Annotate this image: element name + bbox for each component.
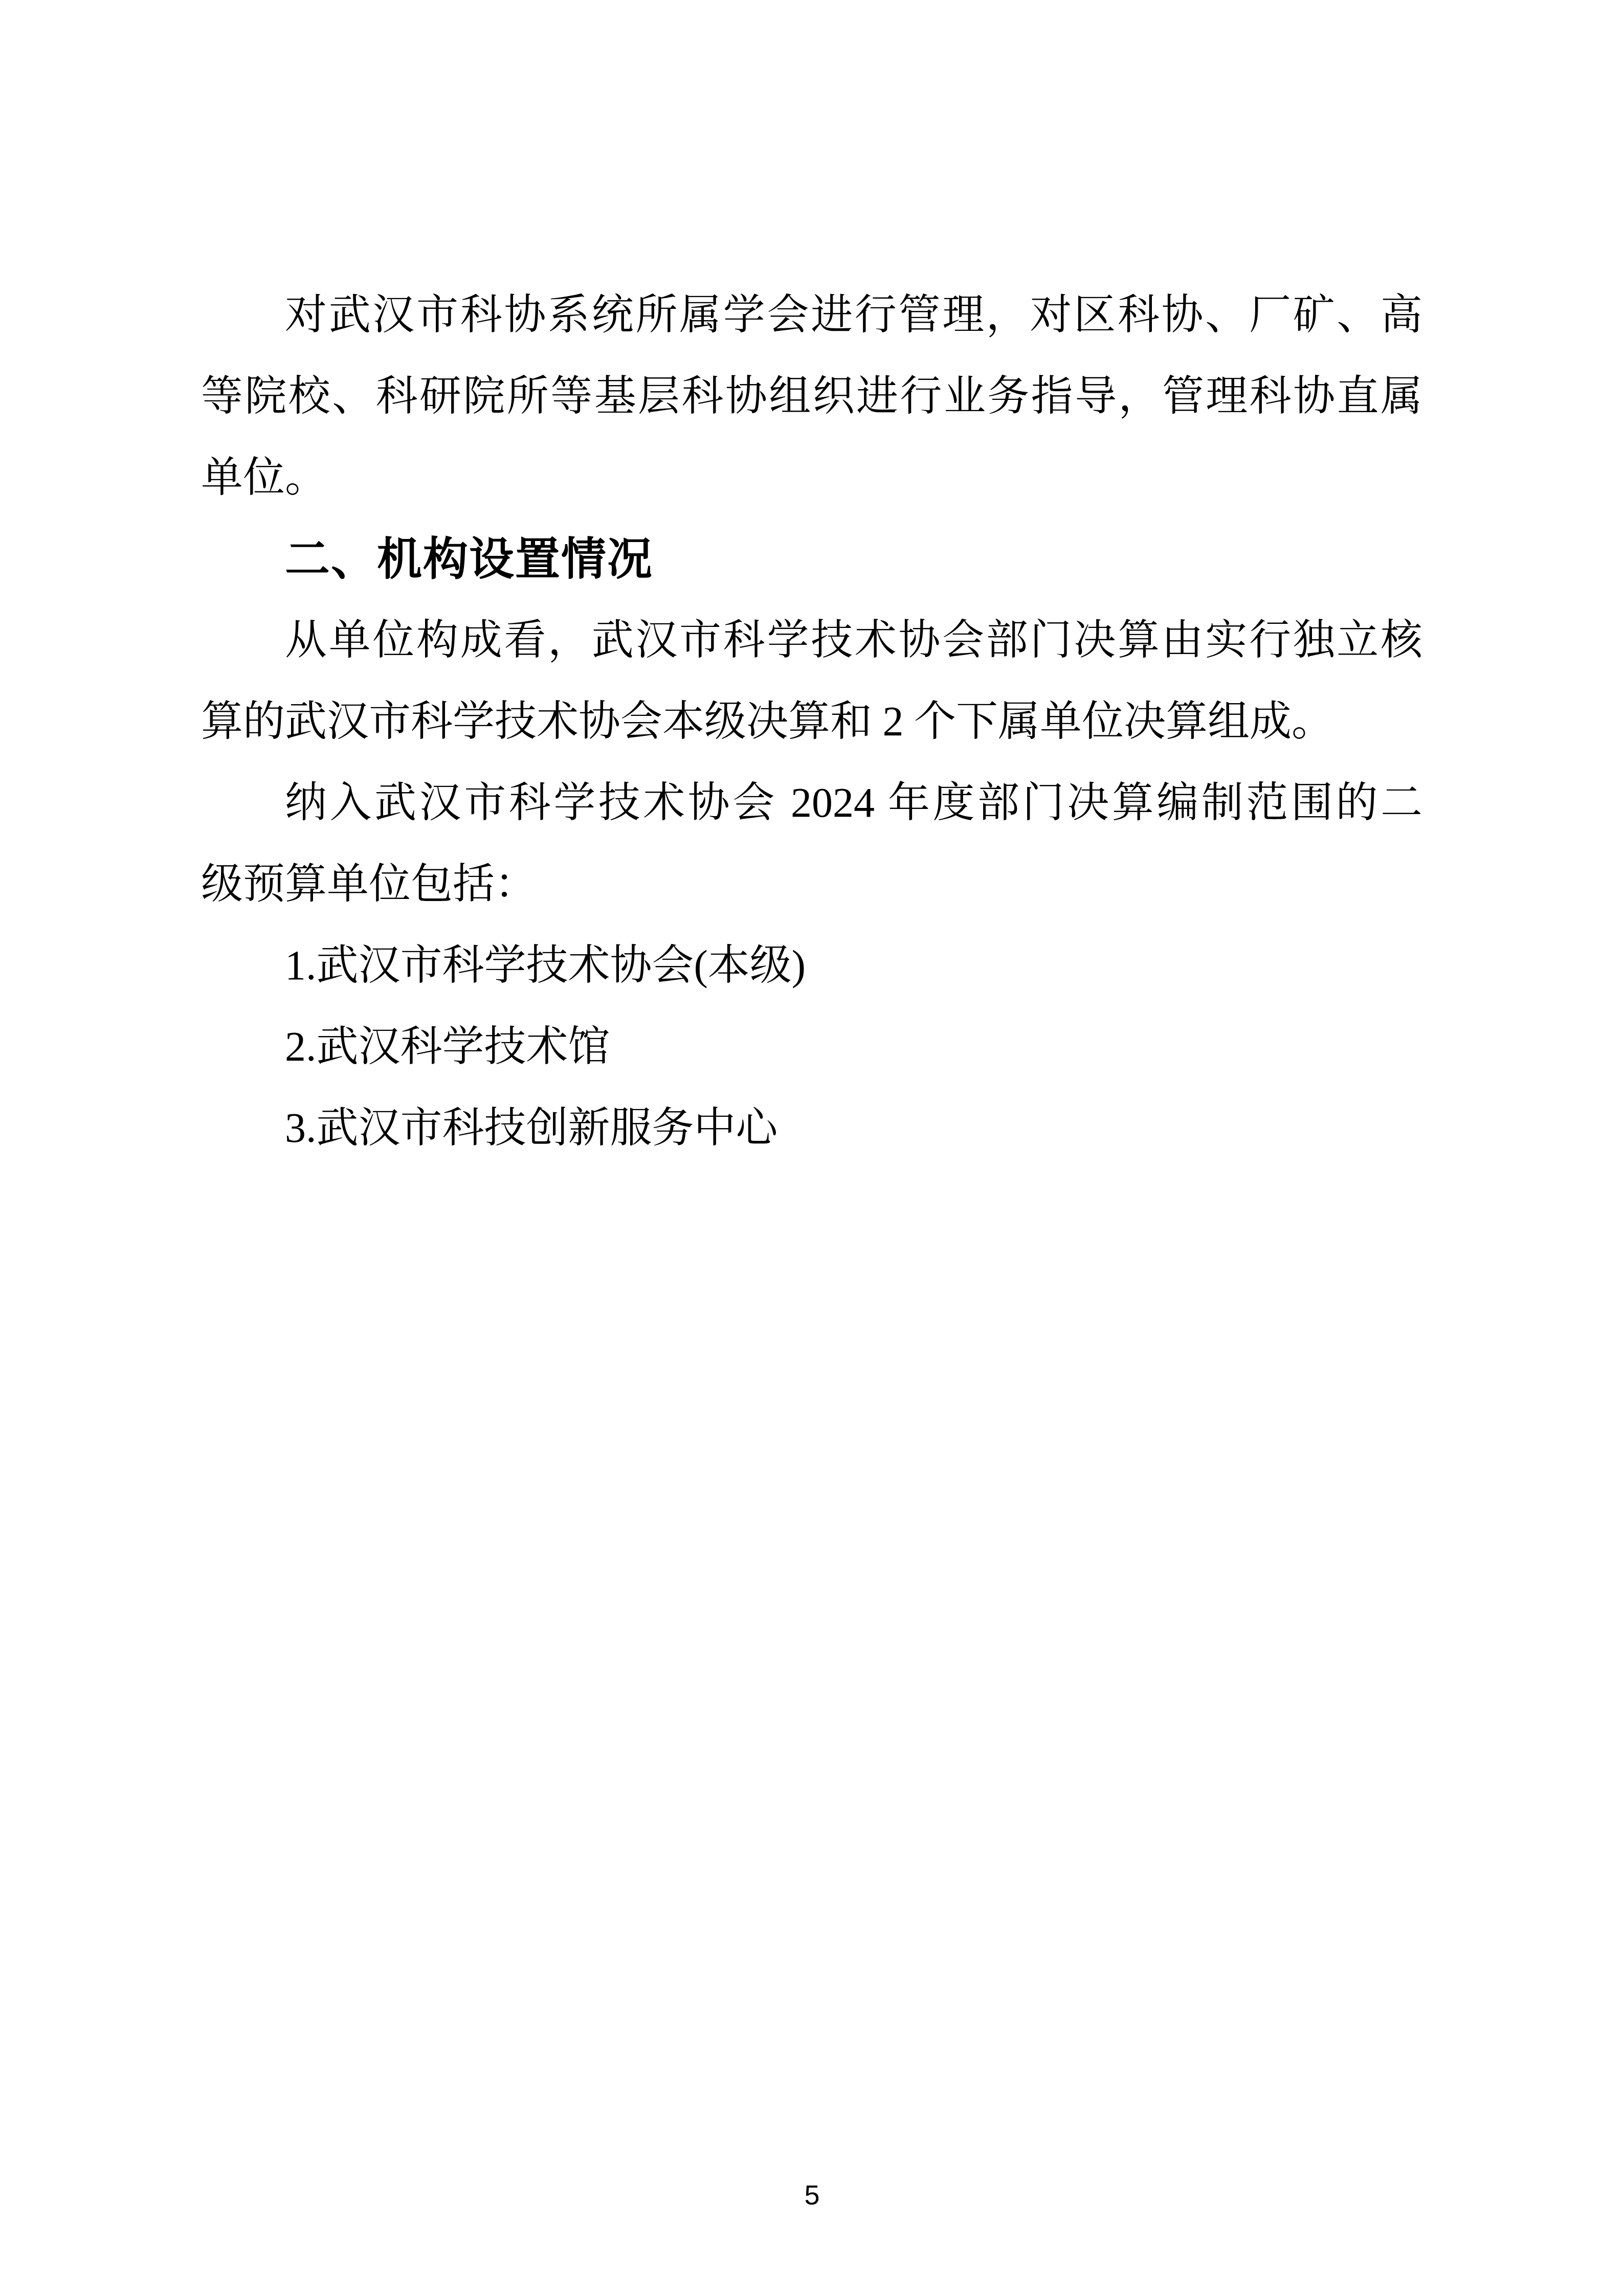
paragraph-3-line-1: 纳入武汉市科学技术协会 2024 年度部门决算编制范围的二 — [201, 762, 1422, 843]
paragraph-1-line-2: 等院校、科研院所等基层科协组织进行业务指导，管理科协直属 — [201, 355, 1422, 437]
paragraph-1-line-3: 单位。 — [201, 437, 1422, 518]
document-body: 对武汉市科协系统所属学会进行管理，对区科协、厂矿、高 等院校、科研院所等基层科协… — [201, 274, 1422, 1168]
paragraph-1-line-1: 对武汉市科协系统所属学会进行管理，对区科协、厂矿、高 — [201, 274, 1422, 355]
document-page: 对武汉市科协系统所属学会进行管理，对区科协、厂矿、高 等院校、科研院所等基层科协… — [0, 0, 1624, 2296]
paragraph-2-line-2: 算的武汉市科学技术协会本级决算和 2 个下属单位决算组成。 — [201, 681, 1422, 762]
section-heading-organization-setup: 二、机构设置情况 — [201, 518, 1422, 599]
list-item-3: 3.武汉市科技创新服务中心 — [201, 1087, 1422, 1168]
list-item-2: 2.武汉科学技术馆 — [201, 1006, 1422, 1087]
paragraph-3-line-2: 级预算单位包括： — [201, 843, 1422, 925]
page-number: 5 — [0, 2178, 1624, 2212]
paragraph-2-line-1: 从单位构成看，武汉市科学技术协会部门决算由实行独立核 — [201, 599, 1422, 681]
list-item-1: 1.武汉市科学技术协会(本级) — [201, 925, 1422, 1006]
